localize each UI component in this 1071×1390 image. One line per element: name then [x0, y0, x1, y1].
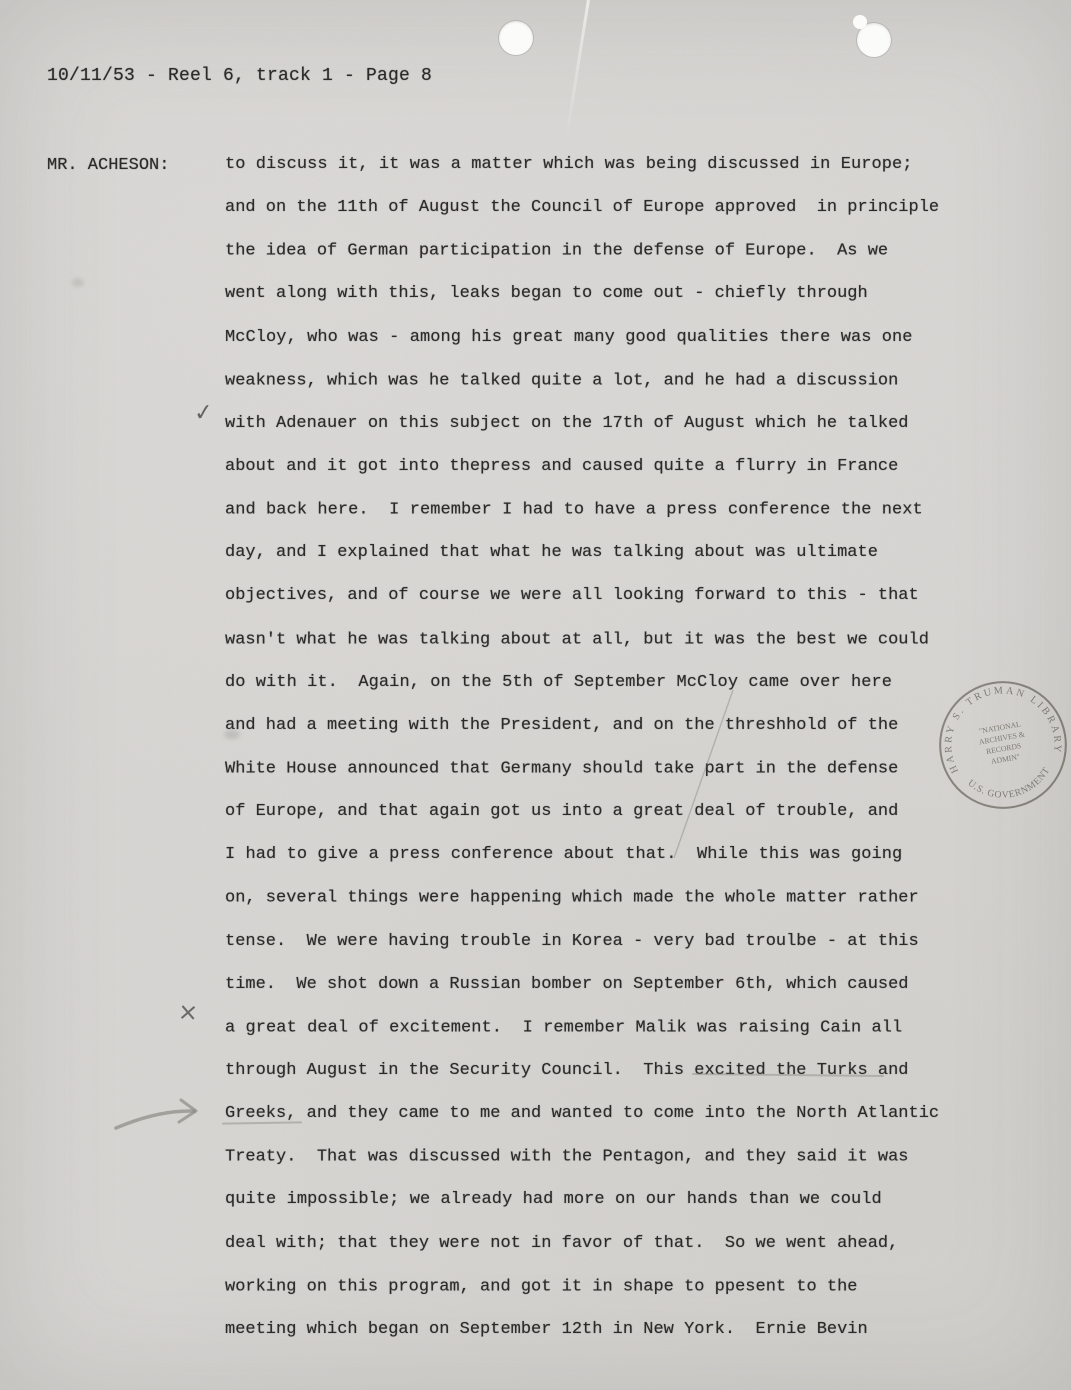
pencil-smudge — [72, 278, 84, 287]
paper-crease — [564, 0, 590, 143]
transcript-body: to discuss it, it was a matter which was… — [225, 143, 939, 1351]
transcript-line: and back here. I remember I had to have … — [225, 489, 939, 532]
svg-text:HARRY S. TRUMAN LIBRARY: HARRY S. TRUMAN LIBRARY — [934, 676, 1066, 776]
transcript-line: a great deal of excitement. I remember M… — [225, 1006, 939, 1049]
transcript-line: on, several things were happening which … — [225, 877, 939, 920]
stamp-arc-bottom-text: U.S. GOVERNMENT — [964, 764, 1056, 808]
margin-checkmark: ✓ — [193, 399, 215, 427]
svg-text:U.S. GOVERNMENT: U.S. GOVERNMENT — [964, 764, 1056, 808]
transcript-line: and had a meeting with the President, an… — [225, 704, 939, 747]
transcript-line: tense. We were having trouble in Korea -… — [225, 920, 939, 963]
transcript-line: deal with; that they were not in favor o… — [225, 1222, 939, 1265]
transcript-line: of Europe, and that again got us into a … — [225, 790, 939, 833]
transcript-line: through August in the Security Council. … — [225, 1049, 939, 1092]
transcript-line: weakness, which was he talked quite a lo… — [225, 359, 939, 402]
transcript-line: time. We shot down a Russian bomber on S… — [225, 963, 939, 1006]
stamp-center-line: ARCHIVES & — [978, 730, 1025, 747]
transcript-line: and on the 11th of August the Council of… — [225, 186, 939, 229]
transcript-line: Greeks, and they came to me and wanted t… — [225, 1092, 939, 1135]
margin-cross-mark: × — [177, 997, 199, 1026]
transcript-line: objectives, and of course we were all lo… — [225, 574, 939, 617]
transcript-line: about and it got into thepress and cause… — [225, 445, 939, 488]
transcript-line: with Adenauer on this subject on the 17t… — [225, 402, 939, 445]
transcript-line: meeting which began on September 12th in… — [225, 1308, 939, 1351]
transcript-line: I had to give a press conference about t… — [225, 833, 939, 876]
transcript-line: to discuss it, it was a matter which was… — [225, 143, 939, 186]
transcript-line: went along with this, leaks began to com… — [225, 272, 939, 315]
page-header: 10/11/53 - Reel 6, track 1 - Page 8 — [47, 66, 432, 86]
transcript-line: Treaty. That was discussed with the Pent… — [225, 1136, 939, 1179]
transcript-line: the idea of German participation in the … — [225, 230, 939, 273]
transcript-line: do with it. Again, on the 5th of Septemb… — [225, 661, 939, 704]
stamp-center-line: ADMIN" — [990, 752, 1020, 766]
transcript-line: day, and I explained that what he was ta… — [225, 531, 939, 574]
pencil-smudge — [224, 730, 240, 739]
document-page: 10/11/53 - Reel 6, track 1 - Page 8 MR. … — [0, 0, 1071, 1390]
punch-hole-left — [499, 21, 533, 55]
stamp-center-line: RECORDS — [985, 741, 1021, 756]
transcript-line: wasn't what he was talking about at all,… — [225, 618, 939, 661]
stamp-center-line: "NATIONAL — [978, 719, 1021, 735]
stamp-arc-top-text: HARRY S. TRUMAN LIBRARY — [934, 676, 1066, 776]
transcript-line: McCloy, who was - among his great many g… — [225, 316, 939, 359]
transcript-line: White House announced that Germany shoul… — [225, 748, 939, 791]
transcript-line: quite impossible; we already had more on… — [225, 1178, 939, 1221]
margin-arrow-annotation — [110, 1092, 210, 1142]
transcript-line: working on this program, and got it in s… — [225, 1265, 939, 1308]
speaker-label: MR. ACHESON: — [47, 156, 169, 175]
punch-hole-tear — [853, 15, 867, 29]
